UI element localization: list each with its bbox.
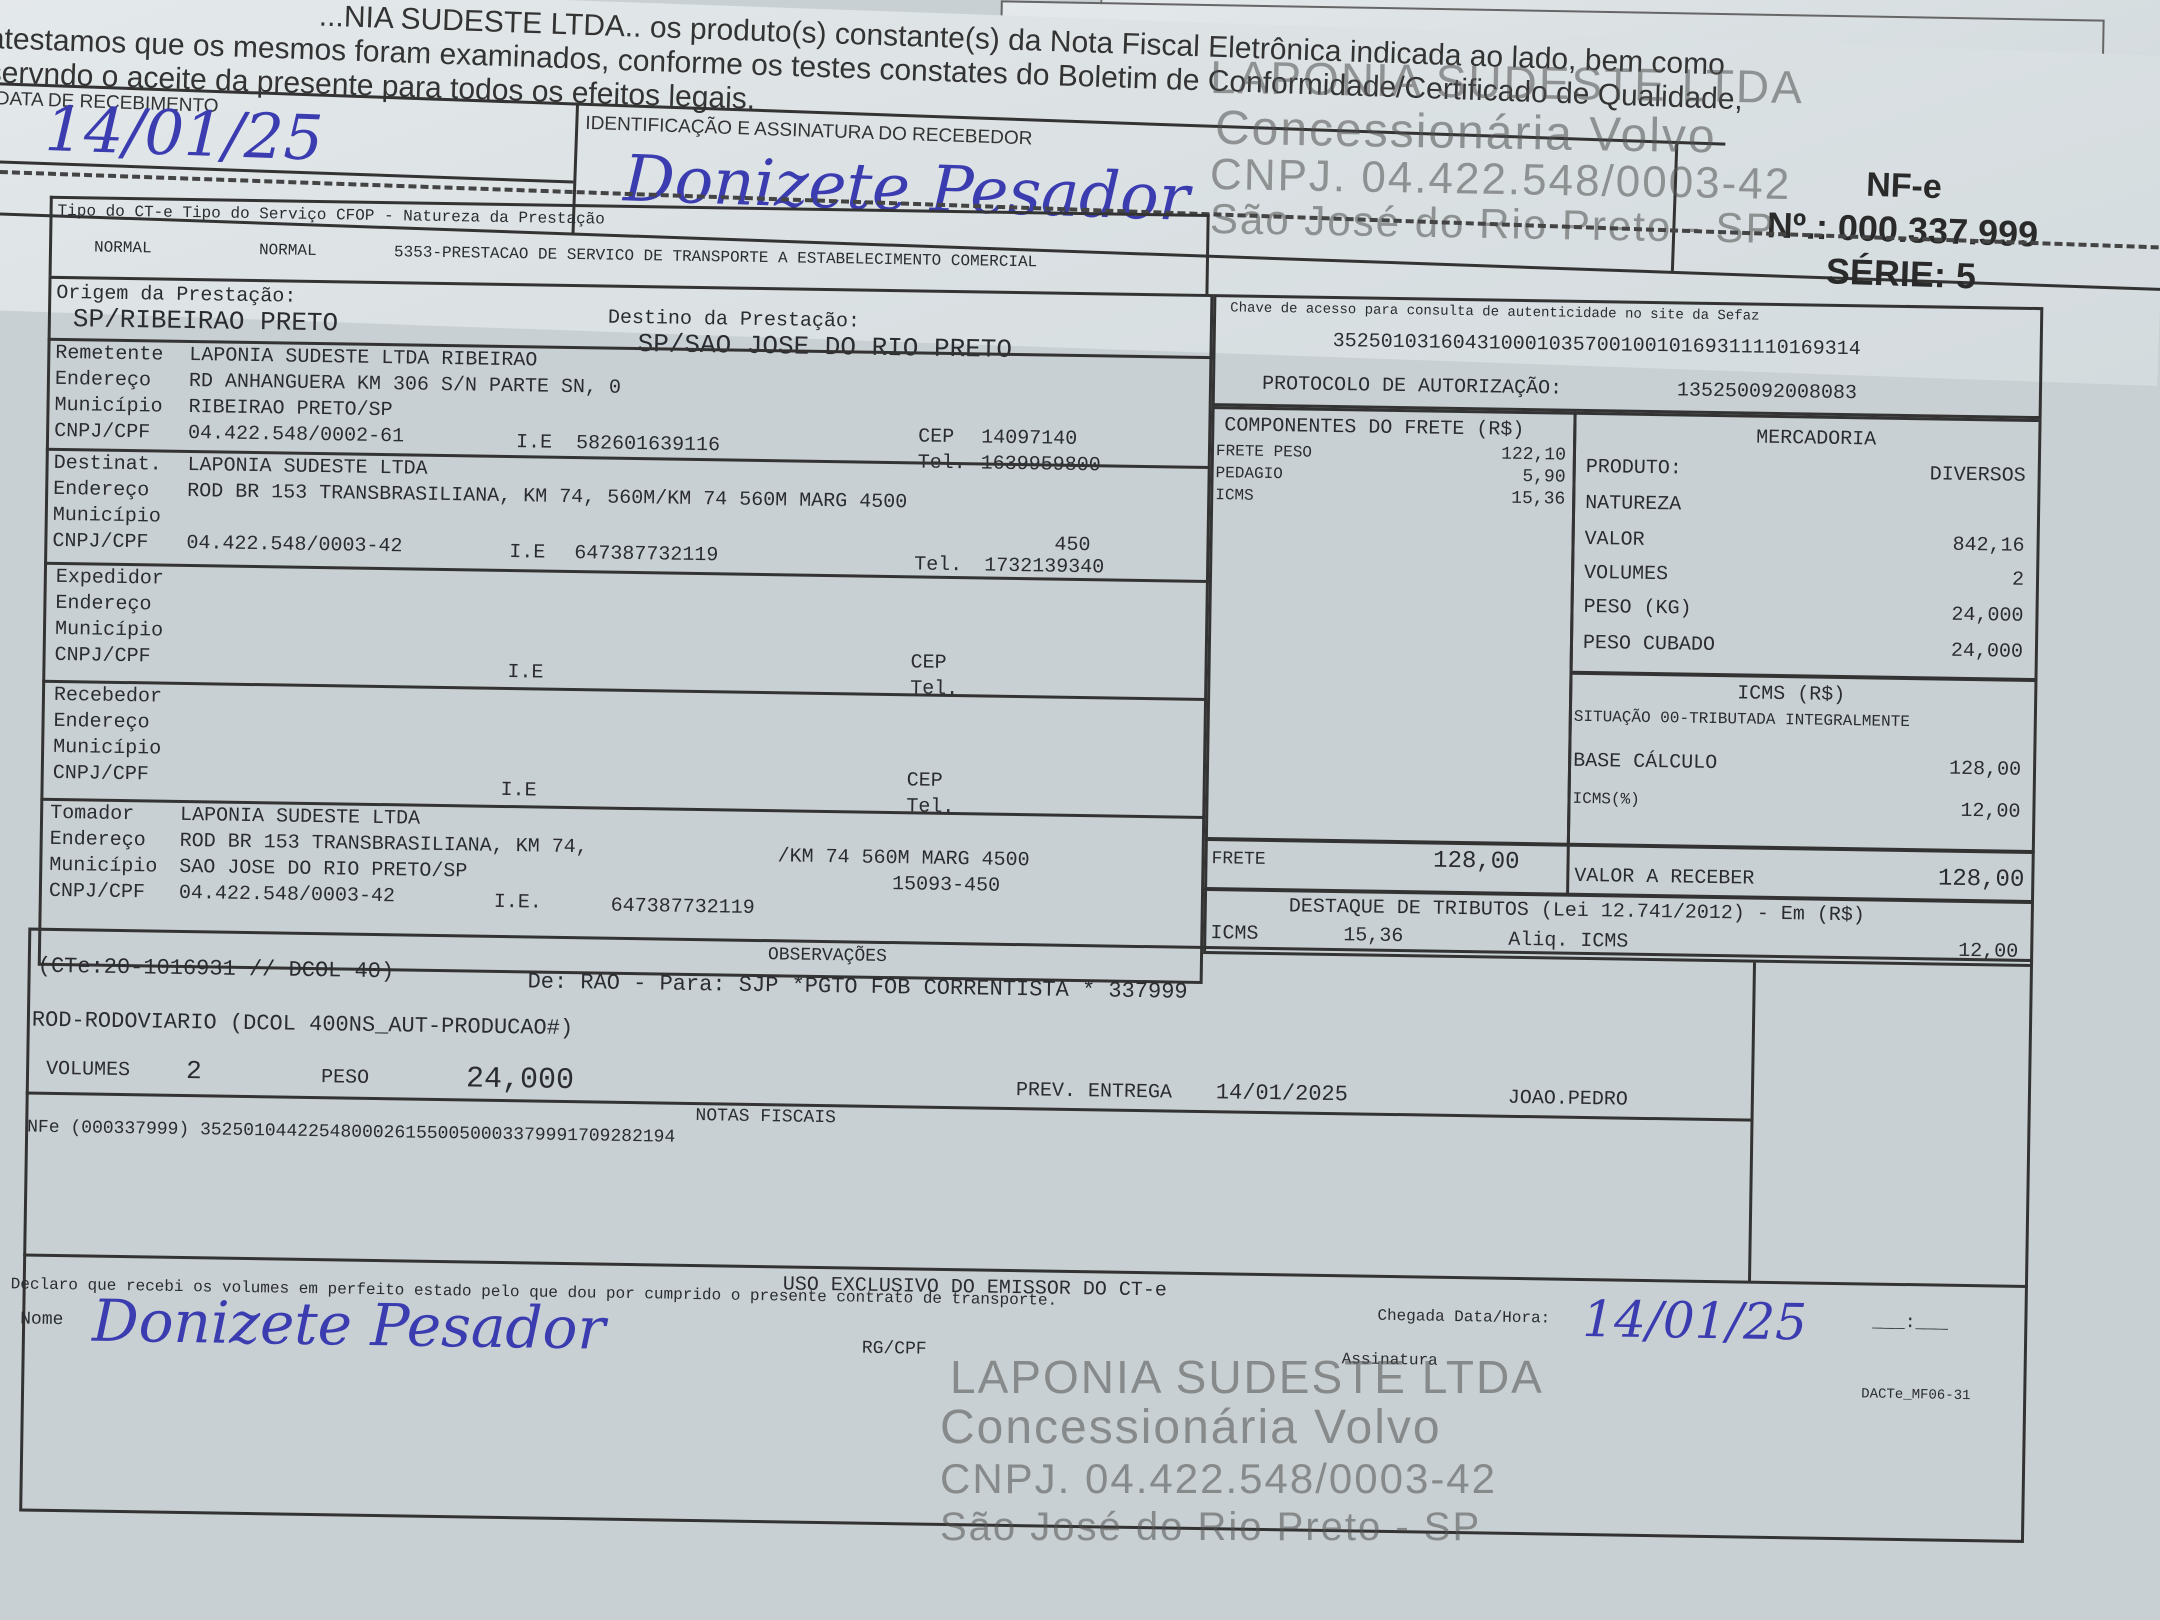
delivery-date: 14/01/2025 [1216, 1080, 1348, 1107]
bottom-stamp-line1: LAPONIA SUDESTE LTDA [950, 1350, 1544, 1404]
protocol-value: 135250092008083 [1677, 379, 1857, 405]
payer-label: Tomador [50, 802, 134, 826]
obs-weight-label: PESO [321, 1066, 369, 1090]
recipient-cnpj-label: CNPJ/CPF [52, 530, 148, 555]
receivable-label: VALOR A RECEBER [1574, 865, 1754, 891]
arrival-label: Chegada Data/Hora: [1377, 1307, 1550, 1328]
receiver-ie-label: I.E [500, 779, 536, 803]
shipper-ie-label: I.E [507, 661, 543, 685]
icms-rate-value: 12,00 [1870, 798, 2020, 823]
weight-value: 24,000 [1873, 602, 2023, 627]
footer-name-signature: Donizete Pesador [92, 1287, 606, 1363]
recipient-city-label: Município [53, 504, 161, 529]
shipper-label: Expedidor [56, 566, 164, 591]
recipient-ie: 647387732119 [574, 542, 718, 567]
freight-item-label: PEDAGIO [1215, 464, 1282, 483]
receiver-tel-label: Tel. [906, 795, 954, 819]
bottom-stamp-line3: CNPJ. 04.422.548/0003-42 [940, 1455, 1497, 1503]
payer-cep: 15093-450 [892, 873, 1000, 898]
taxes-icms-label: ICMS [1210, 922, 1258, 946]
recipient-cnpj: 04.422.548/0003-42 [186, 532, 402, 558]
obs-volumes-value: 2 [186, 1056, 202, 1086]
invoices-title: NOTAS FISCAIS [695, 1106, 836, 1128]
sender-address-label: Endereço [55, 368, 151, 393]
bottom-stamp-line2: Concessionária Volvo [940, 1400, 1442, 1455]
volumes-label: VOLUMES [1584, 562, 1668, 586]
payer-ie: 647387732119 [611, 895, 755, 920]
delivery-label: PREV. ENTREGA [1016, 1079, 1172, 1104]
recipient-cep-partial: 450 [1054, 534, 1090, 558]
taxes-rate-label: Aliq. ICMS [1508, 929, 1628, 954]
recipient-name: LAPONIA SUDESTE LTDA [187, 454, 427, 481]
recipient-address-label: Endereço [53, 478, 149, 503]
receiver-city-label: Município [53, 736, 161, 761]
recipient-tel: 1732139340 [984, 555, 1104, 580]
product-label: PRODUTO: [1586, 456, 1682, 481]
volumes-value: 2 [1874, 566, 2024, 591]
icms-rate-label: ICMS(%) [1572, 790, 1639, 809]
recipient-ie-label: I.E [509, 541, 545, 565]
receivable-value: 128,00 [1869, 864, 2024, 893]
taxes-icms-value: 15,36 [1343, 924, 1403, 948]
form-code: DACTe_MF06-31 [1861, 1386, 1970, 1404]
shipper-cep-label: CEP [910, 651, 946, 675]
payer-city-label: Município [49, 854, 157, 879]
product-value: DIVERSOS [1876, 462, 2026, 487]
nature-label: NATUREZA [1585, 492, 1681, 517]
sender-cep: 14097140 [981, 426, 1077, 451]
sender-label: Remetente [55, 342, 163, 367]
sender-ie: 582601639116 [576, 432, 720, 457]
freight-item-label: FRETE PESO [1216, 442, 1312, 462]
freight-total-label: FRETE [1211, 849, 1265, 870]
sender-cep-label: CEP [918, 425, 954, 449]
origin-value: SP/RIBEIRAO PRETO [73, 304, 339, 338]
sender-cnpj: 04.422.548/0002-61 [188, 422, 404, 448]
payer-address-label: Endereço [50, 828, 146, 853]
shipper-tel-label: Tel. [910, 677, 958, 701]
obs-weight-value: 24,000 [466, 1062, 575, 1098]
freight-item-value: 15,36 [1465, 488, 1565, 510]
sender-city: RIBEIRAO PRETO/SP [188, 396, 392, 422]
cubed-weight-value: 24,000 [1873, 638, 2023, 663]
payer-address-2: /KM 74 560M MARG 4500 [777, 845, 1029, 872]
shipper-cnpj-label: CNPJ/CPF [54, 644, 150, 669]
weight-label: PESO (KG) [1583, 596, 1691, 621]
payer-name: LAPONIA SUDESTE LTDA [180, 804, 420, 831]
cte-type: NORMAL [94, 238, 152, 257]
freight-item-value: 5,90 [1465, 466, 1565, 488]
sender-ie-label: I.E [516, 431, 552, 455]
sender-city-label: Município [54, 394, 162, 419]
protocol-label: PROTOCOLO DE AUTORIZAÇÃO: [1262, 373, 1562, 401]
recipient-tel-label: Tel. [914, 553, 962, 577]
receiver-cnpj-label: CNPJ/CPF [53, 762, 149, 787]
merchandise-title: MERCADORIA [1756, 427, 1876, 452]
shipper-address-label: Endereço [55, 592, 151, 617]
obs-volumes-label: VOLUMES [46, 1058, 130, 1082]
icms-title: ICMS (R$) [1737, 682, 1845, 707]
cubed-weight-label: PESO CUBADO [1583, 632, 1715, 657]
bottom-stamp-line4: São José do Rio Preto - SP [940, 1505, 1481, 1550]
receipt-date-handwritten: 14/01/25 [44, 92, 325, 175]
payer-ie-label: I.E. [494, 891, 542, 915]
freight-total-value: 128,00 [1389, 847, 1519, 876]
payer-city: SAO JOSE DO RIO PRETO/SP [179, 856, 467, 884]
icms-base-label: BASE CÁLCULO [1573, 750, 1717, 775]
freight-item-value: 122,10 [1466, 444, 1566, 466]
footer-rg-label: RG/CPF [862, 1339, 927, 1360]
value-label: VALOR [1584, 528, 1644, 552]
service-type: NORMAL [259, 241, 317, 260]
icms-base-value: 128,00 [1871, 756, 2021, 781]
operator-name: JOAO.PEDRO [1508, 1087, 1628, 1112]
footer-name-label: Nome [20, 1309, 64, 1330]
freight-components-title: COMPONENTES DO FRETE (R$) [1224, 414, 1524, 442]
receiver-label: Recebedor [54, 684, 162, 709]
observations-title: OBSERVAÇÕES [768, 945, 887, 967]
arrival-date-handwritten: 14/01/25 [1582, 1290, 1807, 1352]
sender-cnpj-label: CNPJ/CPF [54, 420, 150, 445]
nfe-title: NF-e [1743, 161, 2064, 211]
dacte-document: Tipo do CT-e Tipo do Serviço CFOP - Natu… [0, 185, 2080, 1518]
payer-cnpj: 04.422.548/0003-42 [179, 882, 395, 908]
receiver-cep-label: CEP [907, 769, 943, 793]
shipper-city-label: Município [55, 618, 163, 643]
payer-cnpj-label: CNPJ/CPF [49, 880, 145, 905]
merchandise-value: 842,16 [1874, 532, 2024, 557]
arrival-time-field[interactable]: ___:___ [1872, 1313, 1948, 1334]
receiver-address-label: Endereço [53, 710, 149, 735]
freight-item-label: ICMS [1215, 486, 1254, 505]
recipient-label: Destinat. [53, 452, 161, 477]
